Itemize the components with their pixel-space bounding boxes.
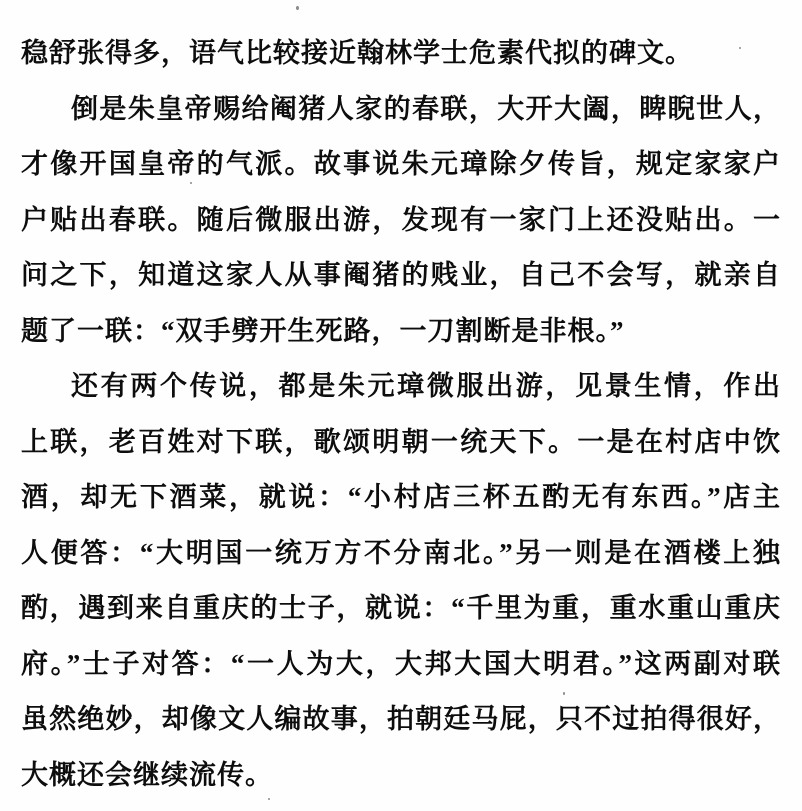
text-line: 上联，老百姓对下联，歌颂明朝一统天下。一是在村店中饮 — [21, 415, 781, 471]
scan-speckle — [268, 798, 270, 800]
text-line: 倒是朱皇帝赐给阉猪人家的春联，大开大阖，睥睨世人， — [21, 82, 781, 138]
text-line: 酒，却无下酒菜，就说：“小村店三杯五酌无有东西。”店主 — [21, 470, 781, 526]
text-line: 户贴出春联。随后微服出游，发现有一家门上还没贴出。一 — [21, 193, 781, 249]
book-page: 稳舒张得多，语气比较接近翰林学士危素代拟的碑文。 倒是朱皇帝赐给阉猪人家的春联，… — [0, 0, 802, 811]
text-line: 还有两个传说，都是朱元璋微服出游，见景生情，作出 — [21, 359, 781, 415]
text-line: 题了一联：“双手劈开生死路，一刀割断是非根。” — [21, 304, 781, 360]
text-line: 才像开国皇帝的气派。故事说朱元璋除夕传旨，规定家家户 — [21, 137, 781, 193]
scan-speckle — [739, 47, 741, 49]
text-line: 府。”士子对答：“一人为大，大邦大国大明君。”这两副对联 — [21, 637, 781, 693]
text-line: 虽然绝妙，却像文人编故事，拍朝廷马屁，只不过拍得很好， — [21, 692, 781, 748]
scan-speckle — [190, 182, 192, 184]
text-line: 人便答：“大明国一统万方不分南北。”另一则是在酒楼上独 — [21, 526, 781, 582]
text-line: 酌，遇到来自重庆的士子，就说：“千里为重，重水重山重庆 — [21, 581, 781, 637]
text-line: 大概还会继续流传。 — [21, 748, 781, 804]
text-line: 问之下，知道这家人从事阉猪的贱业，自己不会写，就亲自 — [21, 248, 781, 304]
scan-speckle — [563, 692, 565, 695]
scan-speckle — [296, 6, 299, 10]
text-line: 稳舒张得多，语气比较接近翰林学士危素代拟的碑文。 — [21, 26, 781, 82]
